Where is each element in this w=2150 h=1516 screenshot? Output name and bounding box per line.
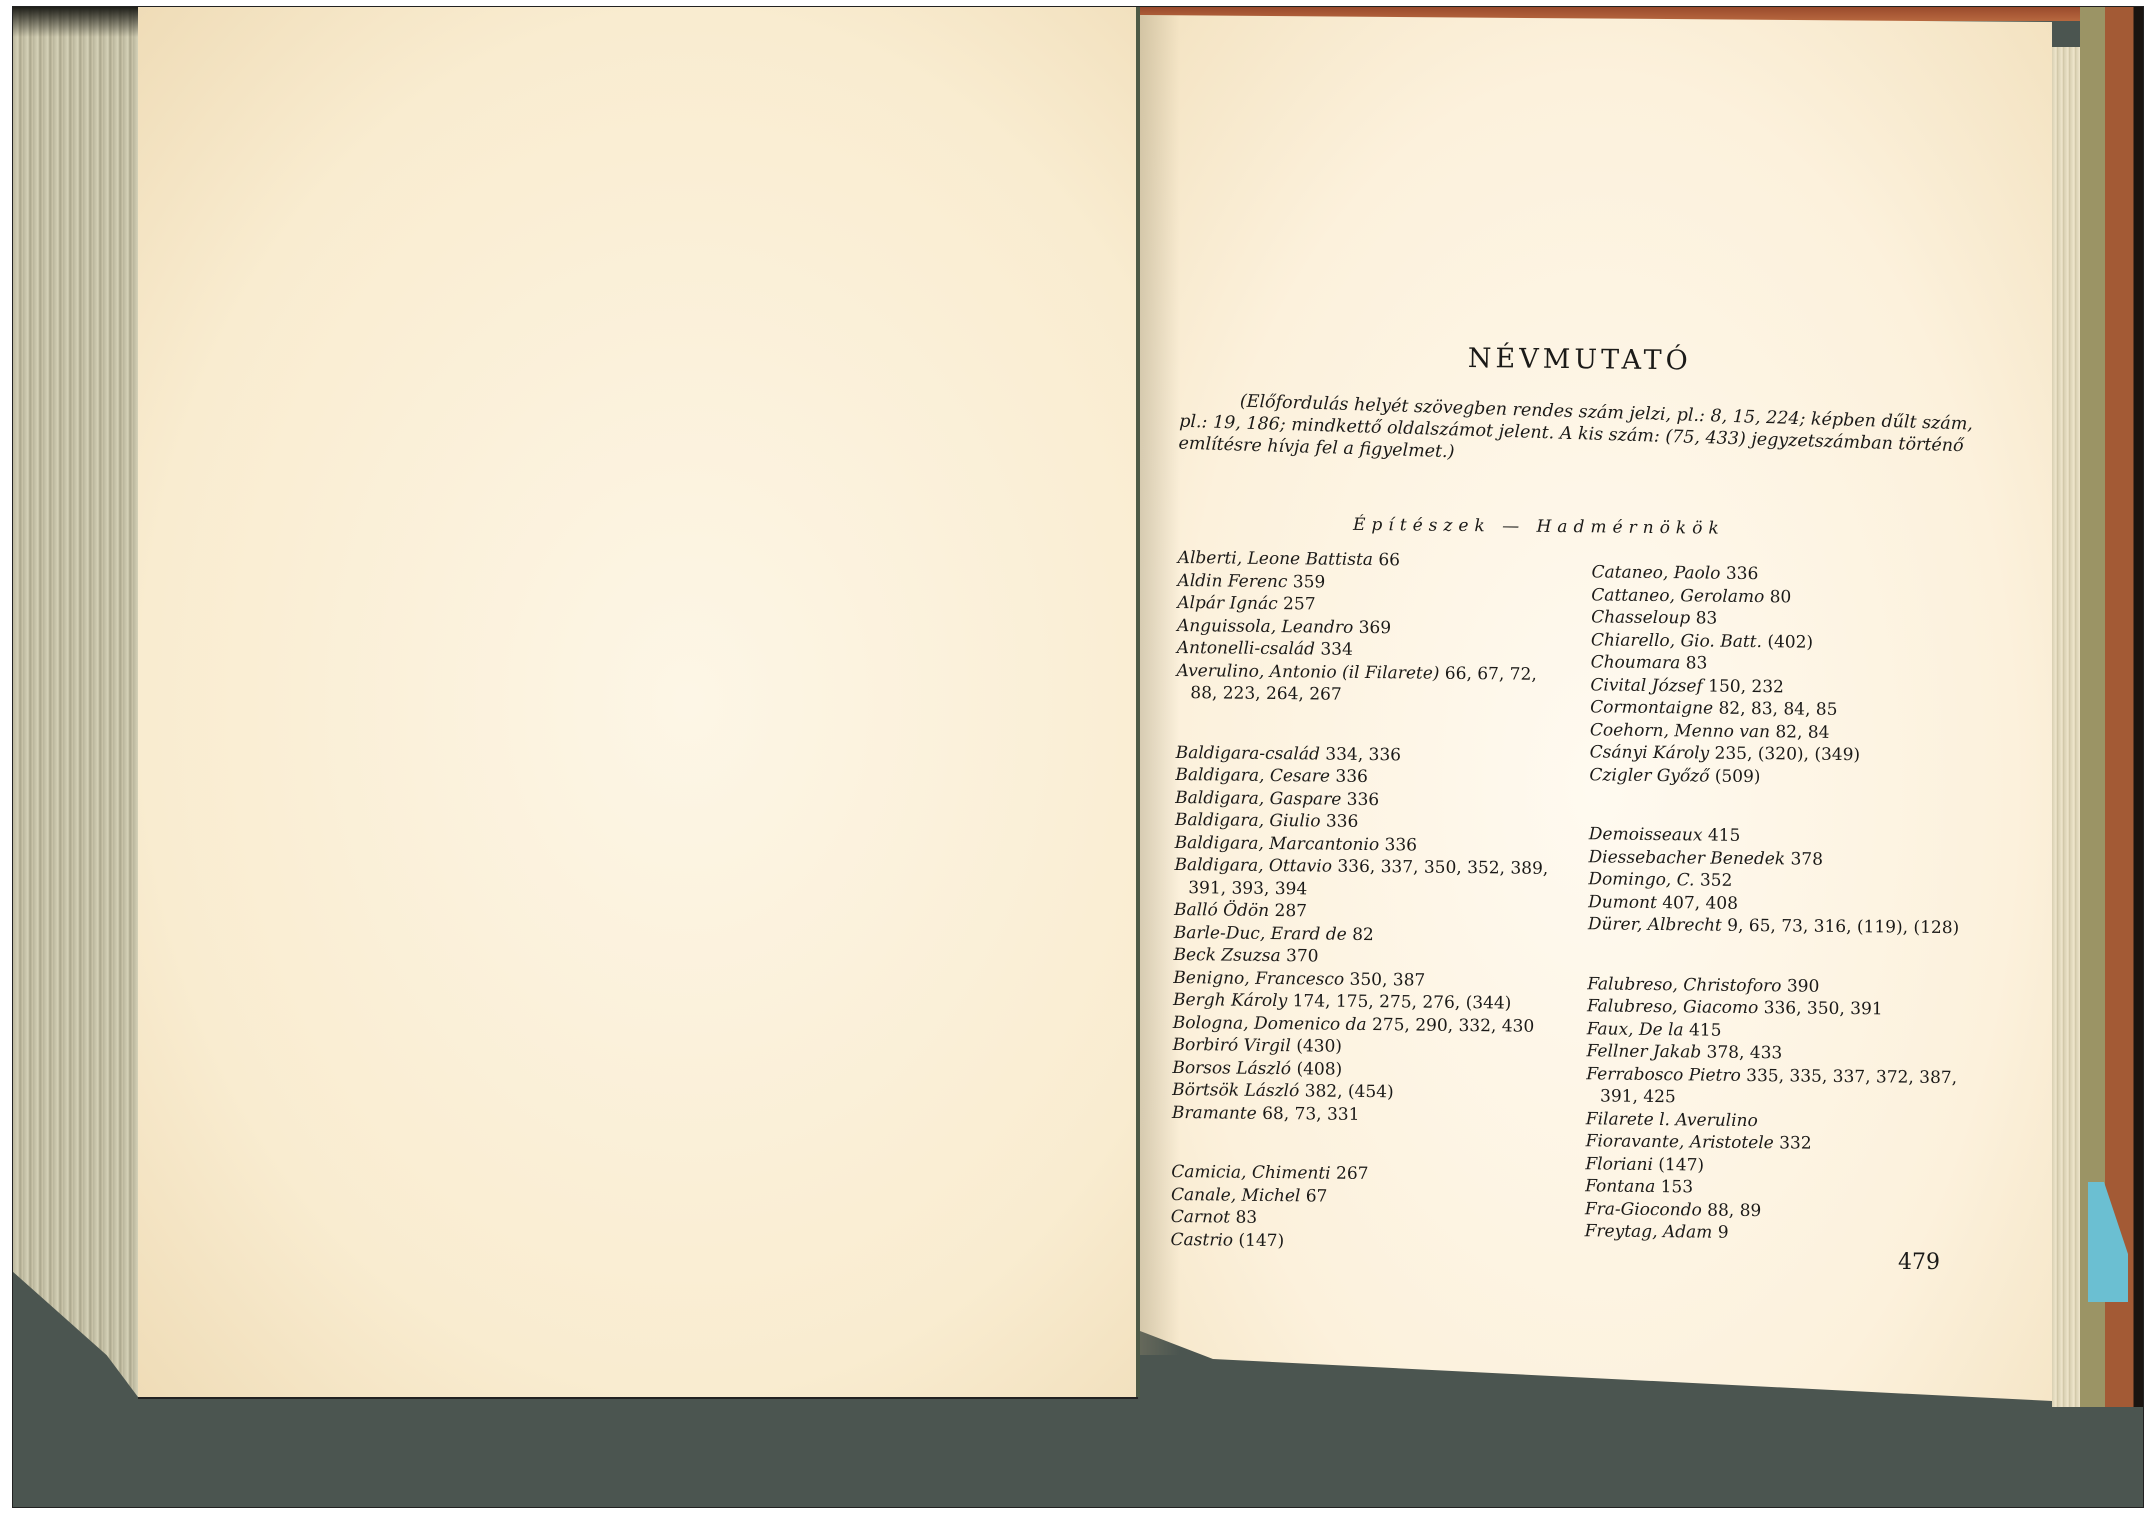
entry-name: Coehorn, Menno van: [1590, 720, 1770, 742]
entry-name: Aldin Ferenc: [1177, 570, 1287, 591]
entry-page-refs: 370: [1281, 946, 1319, 966]
entry-name: Baldigara-család: [1176, 742, 1320, 764]
index-entry: Domingo, C. 352: [1588, 868, 1974, 895]
index-entry: Fioravante, Aristotele 332: [1586, 1130, 1972, 1157]
entry-name: Camicia, Chimenti: [1171, 1162, 1331, 1184]
page-number: 479: [1898, 1250, 1940, 1275]
entry-page-refs: 82, 84: [1770, 722, 1830, 743]
index-entry: Beck Zsuzsa 370: [1173, 944, 1559, 971]
entry-page-refs: 382, (454): [1299, 1081, 1394, 1102]
entry-page-refs: 287: [1269, 901, 1307, 921]
index-entry: Borbiró Virgil (430): [1172, 1034, 1558, 1061]
entry-page-refs: 9: [1712, 1223, 1728, 1243]
entry-name: Carnot: [1171, 1207, 1231, 1228]
index-entry: Demoisseaux 415: [1589, 823, 1975, 850]
entry-page-refs: 66: [1373, 550, 1400, 570]
entry-page-refs: 336: [1720, 564, 1758, 584]
entry-page-refs: 415: [1702, 825, 1740, 845]
entry-page-refs: (147): [1233, 1230, 1284, 1251]
entry-name: Borbiró Virgil: [1173, 1035, 1291, 1056]
entry-page-refs: 150, 232: [1703, 676, 1784, 697]
index-entry: Fontana 153: [1585, 1175, 1971, 1202]
index-entry: Baldigara, Cesare 336: [1175, 764, 1561, 791]
entry-page-refs: 334: [1315, 639, 1353, 659]
entry-page-refs: 407, 408: [1657, 893, 1738, 914]
entry-name: Fontana: [1585, 1176, 1655, 1197]
index-entry: Cormontaigne 82, 83, 84, 85: [1590, 696, 1976, 723]
section-heading: Építészek — Hadmérnökök: [1353, 515, 1978, 542]
entry-name: Fra-Giocondo: [1585, 1199, 1702, 1220]
entry-name: Cattaneo, Gerolamo: [1591, 585, 1764, 607]
index-content: NÉVMUTATÓ (Előfordulás helyét szövegben …: [1170, 340, 1979, 1259]
index-entry: Fellner Jakab 378, 433: [1586, 1040, 1972, 1067]
index-entry: Bramante 68, 73, 331: [1172, 1101, 1558, 1128]
entry-page-refs: 235, (320), (349): [1709, 744, 1860, 766]
entry-page-refs: 83: [1680, 653, 1707, 673]
group-spacer: [1589, 786, 1975, 827]
entry-name: Domingo, C.: [1588, 869, 1694, 890]
index-column-right: Cataneo, Paolo 336Cattaneo, Gerolamo 80C…: [1584, 561, 1977, 1259]
entry-name: Chiarello, Gio. Batt.: [1591, 630, 1762, 652]
entry-page-refs: 378: [1785, 849, 1823, 869]
entry-name: Baldigara, Cesare: [1175, 765, 1330, 787]
entry-page-refs: 67: [1300, 1186, 1327, 1206]
index-entry: Carnot 83: [1171, 1206, 1557, 1233]
entry-page-refs: 153: [1655, 1177, 1693, 1197]
entry-page-refs: 350, 387: [1344, 969, 1425, 990]
index-entry: Camicia, Chimenti 267: [1171, 1161, 1557, 1188]
index-entry: Dürer, Albrecht 9, 65, 73, 316, (119), (…: [1588, 913, 1974, 940]
entry-name: Czigler Győző: [1589, 765, 1709, 786]
entry-name: Civital József: [1590, 675, 1703, 696]
entry-name: Börtsök László: [1172, 1080, 1299, 1101]
entry-name: Choumara: [1591, 652, 1681, 673]
index-entry: Börtsök László 382, (454): [1172, 1079, 1558, 1106]
entry-name: Diessebacher Benedek: [1589, 847, 1786, 869]
index-entry: Alpár Ignác 257: [1177, 592, 1563, 619]
index-entry: Chasseloup 83: [1591, 606, 1977, 633]
entry-name: Fioravante, Aristotele: [1586, 1131, 1774, 1153]
entry-name: Baldigara, Gaspare: [1175, 787, 1341, 809]
entry-name: Freytag, Adam: [1585, 1221, 1713, 1242]
entry-name: Dumont: [1588, 892, 1657, 913]
entry-name: Cormontaigne: [1590, 697, 1713, 718]
entry-name: Csányi Károly: [1590, 742, 1710, 763]
index-entry: Averulino, Antonio (il Filarete) 66, 67,…: [1176, 659, 1562, 708]
entry-page-refs: 336: [1330, 767, 1368, 787]
entry-page-refs: 83: [1230, 1208, 1257, 1228]
entry-page-refs: 174, 175, 275, 276, (344): [1287, 991, 1511, 1013]
right-page-stack-edges: [2052, 47, 2080, 1407]
index-entry: Baldigara, Ottavio 336, 337, 350, 352, 3…: [1174, 854, 1560, 903]
entry-page-refs: 275, 290, 332, 430: [1367, 1014, 1535, 1036]
entry-page-refs: 332: [1774, 1133, 1812, 1153]
entry-page-refs: 334, 336: [1320, 744, 1401, 765]
index-entry: Baldigara, Giulio 336: [1175, 809, 1561, 836]
left-page-stack-edges: [13, 7, 138, 1397]
entry-name: Averulino, Antonio (il Filarete): [1176, 660, 1439, 683]
entry-page-refs: 68, 73, 331: [1257, 1103, 1360, 1124]
entry-name: Fellner Jakab: [1586, 1041, 1701, 1062]
index-entry: Choumara 83: [1591, 651, 1977, 678]
entry-name: Borsos László: [1172, 1057, 1291, 1078]
entry-page-refs: 257: [1278, 594, 1316, 614]
entry-name: Balló Ödön: [1174, 900, 1269, 921]
index-entry: Bergh Károly 174, 175, 275, 276, (344): [1173, 989, 1559, 1016]
index-entry: Csányi Károly 235, (320), (349): [1590, 741, 1976, 768]
entry-name: Bramante: [1172, 1102, 1257, 1123]
entry-name: Falubreso, Christoforo: [1587, 974, 1781, 996]
index-column-left: Alberti, Leone Battista 66Aldin Ferenc 3…: [1170, 547, 1563, 1255]
entry-name: Baldigara, Marcantonio: [1175, 832, 1380, 854]
entry-page-refs: 369: [1353, 617, 1391, 637]
index-columns: Alberti, Leone Battista 66Aldin Ferenc 3…: [1170, 547, 1977, 1259]
entry-page-refs: 336, 350, 391: [1758, 998, 1883, 1019]
entry-name: Bergh Károly: [1173, 990, 1287, 1011]
entry-name: Falubreso, Giacomo: [1587, 996, 1758, 1018]
index-entry: Falubreso, Giacomo 336, 350, 391: [1587, 995, 1973, 1022]
entry-page-refs: 82, 83, 84, 85: [1713, 699, 1838, 720]
entry-name: Cataneo, Paolo: [1591, 562, 1720, 583]
entry-page-refs: 82: [1347, 924, 1374, 944]
left-page-blank: [138, 7, 1138, 1399]
entry-page-refs: 336: [1341, 789, 1379, 809]
entry-page-refs: 9, 65, 73, 316, (119), (128): [1722, 916, 1960, 938]
index-entry: Freytag, Adam 9: [1585, 1220, 1971, 1247]
entry-page-refs: 88, 89: [1702, 1200, 1762, 1221]
entry-name: Beck Zsuzsa: [1173, 945, 1280, 966]
entry-page-refs: (408): [1291, 1059, 1342, 1080]
entry-page-refs: (430): [1291, 1036, 1342, 1057]
index-entry: Antonelli-család 334: [1177, 637, 1563, 664]
index-entry: Cataneo, Paolo 336: [1591, 561, 1977, 588]
entry-page-refs: 415: [1683, 1020, 1721, 1040]
group-spacer: [1171, 1124, 1557, 1165]
index-entry: Alberti, Leone Battista 66: [1178, 547, 1564, 574]
entry-page-refs: 352: [1694, 870, 1732, 890]
entry-name: Castrio: [1170, 1229, 1233, 1250]
index-entry: Castrio (147): [1170, 1228, 1556, 1255]
entry-name: Demoisseaux: [1589, 824, 1703, 845]
entry-name: Alpár Ignác: [1177, 593, 1278, 614]
group-spacer: [1587, 936, 1973, 977]
entry-name: Benigno, Francesco: [1173, 967, 1344, 989]
index-entry: Balló Ödön 287: [1174, 899, 1560, 926]
entry-name: Bologna, Domenico da: [1173, 1012, 1367, 1034]
entry-page-refs: 336: [1320, 811, 1358, 831]
entry-page-refs: 83: [1690, 608, 1717, 628]
entry-name: Chasseloup: [1591, 607, 1690, 628]
entry-page-refs: 336: [1379, 835, 1417, 855]
entry-name: Baldigara, Giulio: [1175, 810, 1321, 832]
entry-name: Ferrabosco Pietro: [1586, 1064, 1741, 1086]
entry-name: Barle-Duc, Erard de: [1174, 922, 1347, 944]
entry-page-refs: 378, 433: [1701, 1042, 1782, 1063]
entry-page-refs: (147): [1653, 1154, 1704, 1175]
index-entry: Ferrabosco Pietro 335, 335, 337, 372, 38…: [1586, 1063, 1972, 1112]
index-intro-note: (Előfordulás helyét szövegben rendes szá…: [1178, 389, 1980, 480]
entry-name: Alberti, Leone Battista: [1178, 548, 1373, 570]
entry-page-refs: 390: [1781, 976, 1819, 996]
entry-name: Baldigara, Ottavio: [1174, 855, 1332, 877]
entry-name: Faux, De la: [1587, 1019, 1684, 1040]
index-entry: Czigler Győző (509): [1589, 764, 1975, 791]
entry-page-refs: 80: [1764, 587, 1791, 607]
entry-page-refs: 359: [1287, 572, 1325, 592]
entry-name: Anguissola, Leandro: [1177, 615, 1353, 637]
entry-name: Dürer, Albrecht: [1588, 914, 1722, 935]
entry-page-refs: (509): [1709, 766, 1760, 787]
entry-page-refs: 267: [1331, 1164, 1369, 1184]
entry-name: Antonelli-család: [1177, 638, 1315, 659]
group-spacer: [1176, 704, 1562, 745]
entry-name: Floriani: [1585, 1154, 1653, 1175]
entry-page-refs: (402): [1762, 632, 1813, 653]
entry-name: Filarete l. Averulino: [1586, 1109, 1758, 1131]
entry-name: Canale, Michel: [1171, 1184, 1301, 1205]
